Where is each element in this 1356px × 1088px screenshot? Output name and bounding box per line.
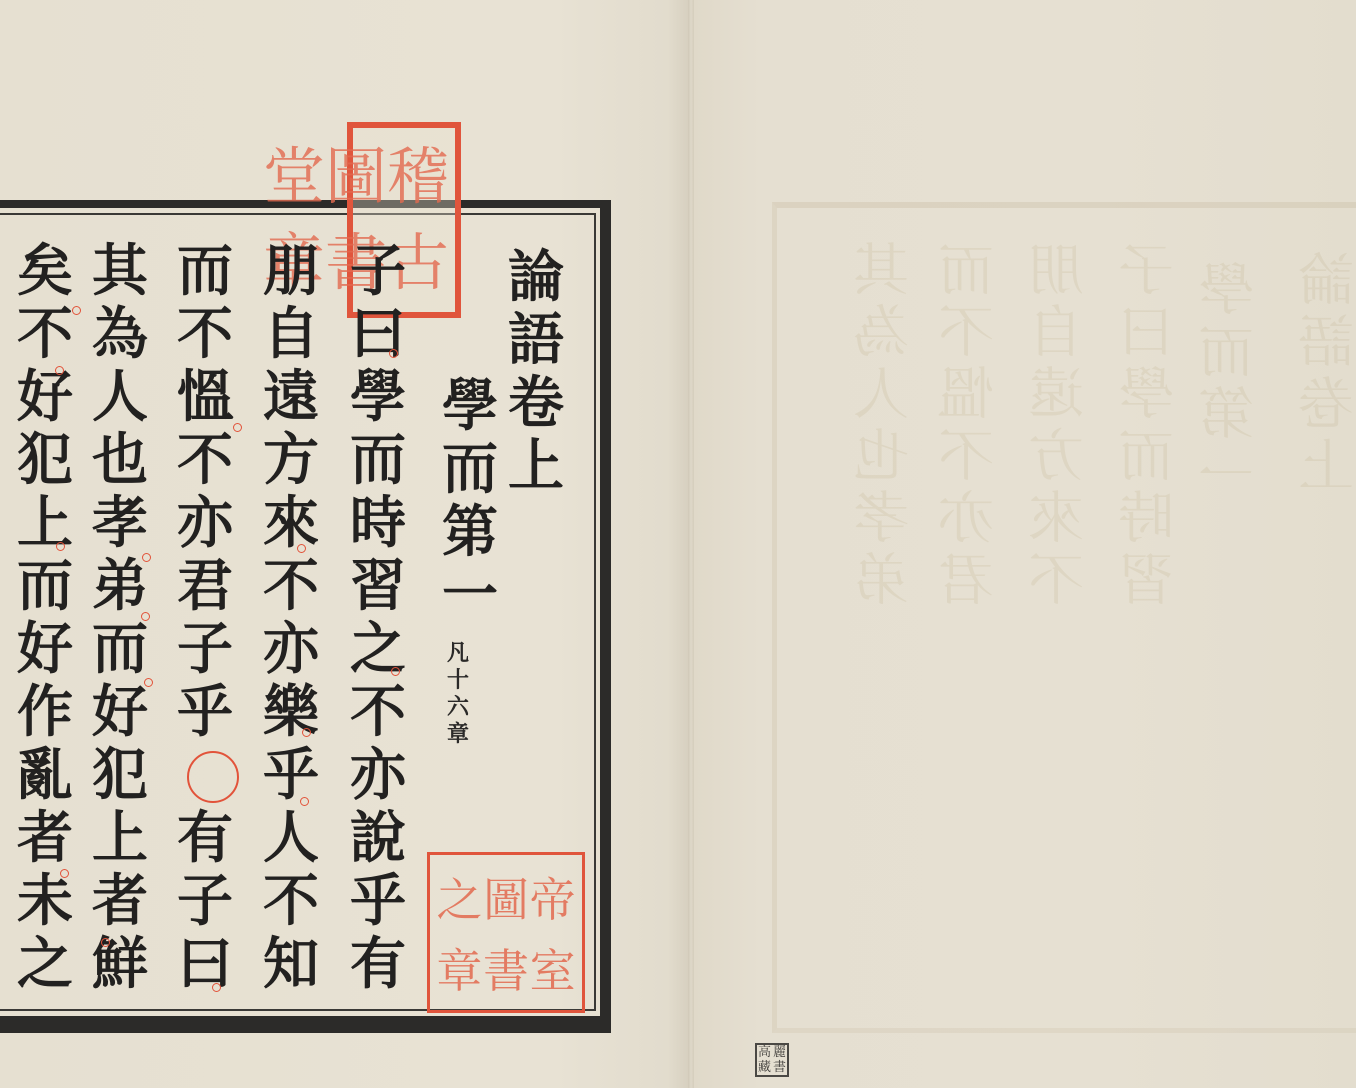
text-char: 犯 <box>87 744 153 807</box>
text-column-3: 而 不 慍 不 亦 君 子 乎 〇 有 子 曰 <box>172 240 238 996</box>
chapter-title-column: 學 而 第 一 <box>437 375 503 627</box>
text-char: 矣 <box>12 240 78 303</box>
text-char: 好 <box>87 681 153 744</box>
punctuation-circle <box>72 306 81 315</box>
book-title-column: 論 語 卷 上 <box>503 246 569 498</box>
text-char: 上 <box>12 492 78 555</box>
note-char: 章 <box>447 721 469 748</box>
text-char: 好 <box>12 366 78 429</box>
text-char: 人 <box>87 366 153 429</box>
title-char: 卷 <box>503 372 569 435</box>
punctuation-circle <box>389 349 398 358</box>
text-char: 方 <box>258 429 324 492</box>
punctuation-circle <box>142 553 151 562</box>
text-char: 遠 <box>258 366 324 429</box>
seal-char: 室 <box>529 933 576 1005</box>
collector-seal-bottom: 帝 室 圖 書 之 章 <box>427 852 585 1013</box>
seal-char: 之 <box>436 861 483 933</box>
bleed-through-text: 而不慍不亦君 <box>940 240 1002 612</box>
text-char: 者 <box>12 807 78 870</box>
text-char: 不 <box>345 681 411 744</box>
text-column-1: 子 曰 學 而 時 習 之 不 亦 說 乎 有 <box>345 240 411 996</box>
text-char: 弟 <box>87 555 153 618</box>
text-char: 上 <box>87 807 153 870</box>
text-char: 曰 <box>172 933 238 996</box>
text-char: 亦 <box>172 492 238 555</box>
text-char: 子 <box>172 870 238 933</box>
text-char: 樂 <box>258 681 324 744</box>
title-char: 上 <box>503 435 569 498</box>
text-char: 不 <box>12 303 78 366</box>
seal-char: 圖 <box>325 134 387 220</box>
punctuation-circle <box>101 938 110 947</box>
bleed-through-text: 論語卷上 <box>1300 250 1356 498</box>
text-char: 好 <box>12 618 78 681</box>
note-char: 凡 <box>447 640 469 667</box>
text-char: 作 <box>12 681 78 744</box>
text-char: 有 <box>345 933 411 996</box>
seal-char: 書 <box>483 933 530 1005</box>
text-char: 時 <box>345 492 411 555</box>
text-char: 孝 <box>87 492 153 555</box>
small-ink-seal: 高 麗 藏 書 <box>755 1043 789 1077</box>
text-char: 不 <box>172 429 238 492</box>
text-char: 人 <box>258 807 324 870</box>
note-char: 六 <box>447 694 469 721</box>
seal-char: 堂 <box>263 134 325 220</box>
seal-char: 麗 <box>772 1045 787 1060</box>
punctuation-circle <box>297 544 306 553</box>
punctuation-circle <box>212 983 221 992</box>
text-char: 知 <box>258 933 324 996</box>
text-char: 說 <box>345 807 411 870</box>
text-char: 來 <box>258 492 324 555</box>
text-char: 子 <box>345 240 411 303</box>
text-char: 曰 <box>345 303 411 366</box>
text-char: 自 <box>258 303 324 366</box>
chapter-char: 第 <box>437 501 503 564</box>
punctuation-circle <box>391 667 400 676</box>
punctuation-circle <box>233 423 242 432</box>
text-char: 君 <box>172 555 238 618</box>
text-char: 也 <box>87 429 153 492</box>
bleed-through-text: 子曰學而時習 <box>1120 240 1182 612</box>
title-char: 論 <box>503 246 569 309</box>
text-char: 犯 <box>12 429 78 492</box>
text-char: 而 <box>12 555 78 618</box>
text-char: 子 <box>172 618 238 681</box>
text-char: 之 <box>12 933 78 996</box>
text-char: 而 <box>87 618 153 681</box>
text-char: 學 <box>345 366 411 429</box>
punctuation-circle <box>144 678 153 687</box>
text-char: 為 <box>87 303 153 366</box>
text-char: 者 <box>87 870 153 933</box>
text-column-2: 朋 自 遠 方 來 不 亦 樂 乎 人 不 知 <box>258 240 324 996</box>
text-char: 乎 <box>172 681 238 744</box>
seal-char: 稽 <box>387 134 449 220</box>
section-break-circle <box>187 751 239 803</box>
punctuation-circle <box>302 728 311 737</box>
text-char: 慍 <box>172 366 238 429</box>
text-char: 而 <box>345 429 411 492</box>
text-char: 朋 <box>258 240 324 303</box>
text-char: 乎 <box>345 870 411 933</box>
punctuation-circle <box>60 869 69 878</box>
chapter-char: 而 <box>437 438 503 501</box>
seal-char: 高 <box>757 1045 772 1060</box>
text-char: 乎 <box>258 744 324 807</box>
seal-char: 章 <box>436 933 483 1005</box>
chapter-note: 凡 十 六 章 <box>447 640 469 748</box>
text-char: 其 <box>87 240 153 303</box>
title-char: 語 <box>503 309 569 372</box>
seal-char: 圖 <box>483 861 530 933</box>
chapter-char: 學 <box>437 375 503 438</box>
text-char: 鮮 <box>87 933 153 996</box>
text-char: 未 <box>12 870 78 933</box>
punctuation-circle <box>55 366 64 375</box>
text-char: 之 <box>345 618 411 681</box>
bleed-through-text: 其為人也孝弟 <box>855 240 917 612</box>
chapter-char: 一 <box>437 564 503 627</box>
text-char: 不 <box>258 555 324 618</box>
text-column-5: 矣 不 好 犯 上 而 好 作 亂 者 未 之 <box>12 240 78 996</box>
bleed-through-text: 學而第一 <box>1200 260 1262 508</box>
text-char: 亦 <box>345 744 411 807</box>
text-char: 亂 <box>12 744 78 807</box>
punctuation-circle <box>56 542 65 551</box>
text-char: 不 <box>172 303 238 366</box>
seal-char: 藏 <box>757 1060 772 1075</box>
punctuation-circle <box>300 797 309 806</box>
bleed-through-text: 朋自遠方來不 <box>1030 240 1092 612</box>
note-char: 十 <box>447 667 469 694</box>
punctuation-circle <box>141 612 150 621</box>
seal-char: 帝 <box>529 861 576 933</box>
text-char: 習 <box>345 555 411 618</box>
text-char: 有 <box>172 807 238 870</box>
text-char: 而 <box>172 240 238 303</box>
text-char: 不 <box>258 870 324 933</box>
seal-char: 書 <box>772 1060 787 1075</box>
text-char: 亦 <box>258 618 324 681</box>
